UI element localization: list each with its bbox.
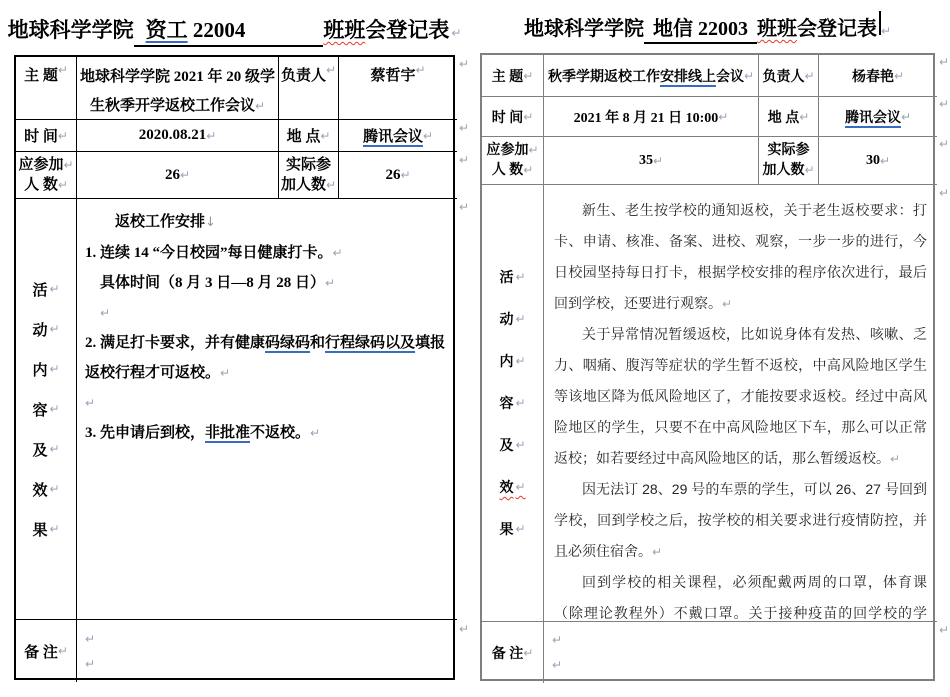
left-remark-value-cell[interactable]: ↵ ↵ <box>77 620 457 682</box>
pilcrow-mark: ↵ <box>58 645 68 657</box>
left-leader-label-cell[interactable]: 负责人↵ <box>279 57 339 120</box>
subject-line1: 地球科学学院 2021 年 20 级学 <box>80 63 275 92</box>
left-title-class-major: 资工 <box>146 18 188 42</box>
activity-paragraph-2: 关于异常情况暂缓返校，比如说身体有发热、咳嗽、乏力、咽痛、腹泻等症状的学生暂不返… <box>554 319 927 474</box>
pilcrow-mark: ↵ <box>799 111 809 123</box>
empty-line: ↵ <box>85 298 449 328</box>
right-actual-label-cell[interactable]: 实际参 加人数↵ <box>759 137 819 185</box>
left-place-value-cell[interactable]: 腾讯会议↵ <box>339 120 457 152</box>
activity-char: 及↵ <box>499 435 525 455</box>
row-end-mark: ↵ <box>459 200 469 214</box>
pilcrow-mark: ↵ <box>515 313 525 325</box>
activity-char: 内↵ <box>32 359 59 380</box>
place-label: 地 点 <box>287 125 321 146</box>
pilcrow-mark: ↵ <box>523 70 533 82</box>
left-form-table: 主 题↵ 地球科学学院 2021 年 20 级学 生秋季开学返校工作会议↵ 负责… <box>14 55 455 680</box>
pilcrow-mark: ↵ <box>515 355 525 367</box>
place-value: 腾讯会议 <box>363 125 423 146</box>
right-title-rest: 会登记表 <box>797 12 877 41</box>
pilcrow-mark: ↵ <box>423 130 433 142</box>
pilcrow-mark: ↵ <box>220 366 230 380</box>
pilcrow-mark: ↵ <box>515 439 525 451</box>
linebreak-mark: ↓ <box>205 215 216 230</box>
pilcrow-mark: ↵ <box>326 64 336 76</box>
pilcrow-mark: ↵ <box>515 481 525 493</box>
time-value: 2020.08.21 <box>139 127 207 144</box>
expected-label-l1: 应参加↵ <box>486 141 538 161</box>
pilcrow-mark: ↵ <box>523 111 533 123</box>
pilcrow-mark: ↵ <box>528 143 538 157</box>
row-end-mark: ↵ <box>939 97 949 111</box>
pilcrow-mark: ↵ <box>49 403 59 415</box>
pilcrow-mark: ↵ <box>85 658 95 670</box>
left-remark-label-cell[interactable]: 备 注↵ <box>16 620 77 682</box>
expected-count: 26 <box>165 167 180 184</box>
pilcrow-mark: ↵ <box>400 169 410 181</box>
pilcrow-mark: ↵ <box>515 523 525 535</box>
pilcrow-mark: ↵ <box>320 130 330 142</box>
pilcrow-mark: ↵ <box>49 483 59 495</box>
time-value: 2021 年 8 月 21 日 10:00 <box>574 107 719 127</box>
right-title-class-blank: 地信 22003 <box>644 12 757 44</box>
pilcrow-mark: ↵ <box>58 178 68 192</box>
expected-label-l2: 人 数↵ <box>492 161 534 181</box>
right-actual-value-cell[interactable]: 30↵ <box>819 137 937 185</box>
right-time-label-cell[interactable]: 时 间↵ <box>482 97 544 137</box>
expected-count: 35 <box>639 153 653 169</box>
pilcrow-mark: ↵ <box>325 276 335 290</box>
pilcrow-mark: ↵ <box>881 25 891 37</box>
actual-label-l1: 实际参 <box>768 141 810 161</box>
activity-char: 果↵ <box>499 519 525 539</box>
time-label: 时 间 <box>24 125 58 146</box>
actual-count: 26 <box>385 167 400 184</box>
left-title-class-number: 22004 <box>193 18 246 42</box>
time-label: 时 间 <box>492 107 524 127</box>
actual-label-l2: 加人数↵ <box>281 175 336 195</box>
pilcrow-mark: ↵ <box>652 545 662 559</box>
right-leader-value-cell[interactable]: 杨春艳↵ <box>819 55 937 97</box>
pilcrow-mark: ↵ <box>718 111 728 123</box>
actual-label-l2: 加人数↵ <box>762 161 814 181</box>
right-title-class-label: 地信 22003 <box>653 18 748 40</box>
activity-item-3: 3. 先申请后到校，非批准不返校。↵ <box>85 418 449 448</box>
right-expected-value-cell[interactable]: 35↵ <box>544 137 759 185</box>
activity-char: 效↵ <box>32 479 59 500</box>
pilcrow-mark: ↵ <box>49 323 59 335</box>
pilcrow-mark: ↵ <box>415 64 425 76</box>
pilcrow-mark: ↵ <box>552 659 562 671</box>
activity-item-2: 2. 满足打卡要求，并有健康码绿码和行程绿码以及填报返校行程才可返校。↵ <box>85 328 449 388</box>
left-subject-value-cell[interactable]: 地球科学学院 2021 年 20 级学 生秋季开学返校工作会议↵ <box>77 57 279 120</box>
pilcrow-mark: ↵ <box>804 163 814 177</box>
activity-char: 容↵ <box>32 399 59 420</box>
activity-char: 动↵ <box>32 319 59 340</box>
right-place-label-cell[interactable]: 地 点↵ <box>759 97 819 137</box>
right-form-table: 主 题↵ 秋季学期返校工作安排线上会议↵ 负责人↵ 杨春艳↵ 时 间↵ 2021… <box>480 53 935 681</box>
pilcrow-mark: ↵ <box>49 363 59 375</box>
pilcrow-mark: ↵ <box>515 271 525 283</box>
pilcrow-mark: ↵ <box>206 130 216 142</box>
leader-name: 杨春艳 <box>852 66 894 86</box>
leader-label: 负责人 <box>762 66 804 86</box>
activity-char: 及↵ <box>32 439 59 460</box>
row-end-mark: ↵ <box>939 55 949 69</box>
pilcrow-mark: ↵ <box>722 297 732 311</box>
left-activity-label-cell[interactable]: 活↵ 动↵ 内↵ 容↵ 及↵ 效↵ 果↵ <box>16 199 77 620</box>
leader-label: 负责人 <box>281 64 326 85</box>
subject-label: 主 题 <box>24 64 58 85</box>
left-leader-value-cell[interactable]: 蔡哲宇↵ <box>339 57 457 120</box>
row-end-mark: ↵ <box>459 57 469 71</box>
left-actual-value-cell[interactable]: 26↵ <box>339 152 457 199</box>
leader-name: 蔡哲宇 <box>370 64 415 85</box>
pilcrow-mark: ↵ <box>49 283 59 295</box>
right-remark-value-cell[interactable]: ↵ ↵ <box>544 622 937 683</box>
word-document-canvas: 地球科学学院资工 22004班班会登记表↵ 主 题↵ 地球科学学院 2021 年… <box>0 0 950 697</box>
pilcrow-mark: ↵ <box>451 27 461 39</box>
left-title-wavy-text: 班班 <box>323 14 365 44</box>
right-remark-label-cell[interactable]: 备 注↵ <box>482 622 544 683</box>
left-title-class-blank: 资工 22004 <box>134 14 324 47</box>
expected-label-l2: 人 数↵ <box>24 175 68 195</box>
pilcrow-mark: ↵ <box>890 452 900 466</box>
activity-char: 容↵ <box>499 393 525 413</box>
pilcrow-mark: ↵ <box>515 397 525 409</box>
pilcrow-mark: ↵ <box>653 155 663 167</box>
activity-paragraph-4: 回到学校的相关课程，必须配戴两周的口罩，体育课（除理论教程外）不戴口罩。关于接种… <box>554 567 927 622</box>
row-end-mark: ↵ <box>939 623 949 637</box>
row-end-mark: ↵ <box>939 137 949 151</box>
activity-item-1b: 具体时间（8 月 3 日—8 月 28 日）↵ <box>85 268 449 298</box>
row-end-mark: ↵ <box>459 121 469 135</box>
left-subject-label-cell[interactable]: 主 题↵ <box>16 57 77 120</box>
place-label: 地 点 <box>768 107 800 127</box>
pilcrow-mark: ↵ <box>255 99 265 113</box>
pilcrow-mark: ↵ <box>49 523 59 535</box>
left-place-label-cell[interactable]: 地 点↵ <box>279 120 339 152</box>
activity-char: 内↵ <box>499 351 525 371</box>
right-time-value-cell[interactable]: 2021 年 8 月 21 日 10:00↵ <box>544 97 759 137</box>
right-title-wavy-text: 班班 <box>757 12 797 41</box>
row-end-mark: ↵ <box>459 153 469 167</box>
left-title-school: 地球科学学院 <box>8 14 134 44</box>
row-end-mark: ↵ <box>459 622 469 636</box>
remark-label: 备 注 <box>24 641 58 662</box>
left-actual-label-cell[interactable]: 实际参 加人数↵ <box>279 152 339 199</box>
left-title-rest: 会登记表 <box>365 14 449 44</box>
pilcrow-mark: ↵ <box>49 443 59 455</box>
place-value: 腾讯会议 <box>845 107 901 127</box>
pilcrow-mark: ↵ <box>85 396 95 410</box>
right-doc-title[interactable]: 地球科学学院地信 22003班班会登记表↵ <box>480 11 935 44</box>
right-subject-value-cell[interactable]: 秋季学期返校工作安排线上会议↵ <box>544 55 759 97</box>
pilcrow-mark: ↵ <box>58 130 68 142</box>
subject-value: 秋季学期返校工作安排线上会议 <box>548 66 744 86</box>
left-time-label-cell[interactable]: 时 间↵ <box>16 120 77 152</box>
activity-paragraph-1: 新生、老生按学校的通知返校，关于老生返校要求：打卡、申请、核准、备案、进校、观察… <box>554 195 927 319</box>
activity-char: 果↵ <box>32 519 59 540</box>
activity-char: 活↵ <box>32 279 59 300</box>
right-title-school: 地球科学学院 <box>524 12 644 41</box>
activity-char: 效↵ <box>499 477 525 497</box>
left-expected-label-cell[interactable]: 应参加↵ 人 数↵ <box>16 152 77 199</box>
left-activity-content-cell[interactable]: 返校工作安排↓ 1. 连续 14 “今日校园”每日健康打卡。↵ 具体时间（8 月… <box>77 199 457 620</box>
pilcrow-mark: ↵ <box>58 64 68 76</box>
left-doc-title[interactable]: 地球科学学院资工 22004班班会登记表↵ <box>14 13 455 47</box>
right-leader-label-cell[interactable]: 负责人↵ <box>759 55 819 97</box>
right-activity-label-cell[interactable]: 活↵ 动↵ 内↵ 容↵ 及↵ 效↵ 果↵ <box>482 185 544 622</box>
pilcrow-mark: ↵ <box>326 178 336 192</box>
pilcrow-mark: ↵ <box>523 647 533 659</box>
activity-heading: 返校工作安排↓ <box>85 207 449 238</box>
pilcrow-mark: ↵ <box>63 158 73 172</box>
row-end-mark: ↵ <box>939 186 949 200</box>
actual-count: 30 <box>866 153 880 169</box>
pilcrow-mark: ↵ <box>333 246 343 260</box>
pilcrow-mark: ↵ <box>552 634 562 646</box>
pilcrow-mark: ↵ <box>894 70 904 82</box>
remark-label: 备 注 <box>492 643 524 663</box>
actual-label-l1: 实际参 <box>286 155 331 175</box>
pilcrow-mark: ↵ <box>744 70 754 82</box>
pilcrow-mark: ↵ <box>85 633 95 645</box>
activity-item-1: 1. 连续 14 “今日校园”每日健康打卡。↵ <box>85 238 449 268</box>
right-activity-content-cell[interactable]: 新生、老生按学校的通知返校，关于老生返校要求：打卡、申请、核准、备案、进校、观察… <box>544 185 937 622</box>
pilcrow-mark: ↵ <box>310 426 320 440</box>
left-expected-value-cell[interactable]: 26↵ <box>77 152 279 199</box>
activity-char: 动↵ <box>499 309 525 329</box>
right-subject-label-cell[interactable]: 主 题↵ <box>482 55 544 97</box>
expected-label-l1: 应参加↵ <box>18 155 73 175</box>
right-expected-label-cell[interactable]: 应参加↵ 人 数↵ <box>482 137 544 185</box>
activity-char: 活↵ <box>499 267 525 287</box>
pilcrow-mark: ↵ <box>880 155 890 167</box>
pilcrow-mark: ↵ <box>180 169 190 181</box>
activity-paragraph-3: 因无法订 28、29 号的车票的学生，可以 26、27 号回到学校，回到学校之后… <box>554 474 927 567</box>
pilcrow-mark: ↵ <box>523 163 533 177</box>
pilcrow-mark: ↵ <box>100 306 110 320</box>
empty-line: ↵ <box>85 388 449 418</box>
left-time-value-cell[interactable]: 2020.08.21↵ <box>77 120 279 152</box>
pilcrow-mark: ↵ <box>804 70 814 82</box>
subject-label: 主 题 <box>492 66 524 86</box>
subject-line2: 生秋季开学返校工作会议↵ <box>90 92 265 120</box>
pilcrow-mark: ↵ <box>901 111 911 123</box>
right-place-value-cell[interactable]: 腾讯会议↵ <box>819 97 937 137</box>
